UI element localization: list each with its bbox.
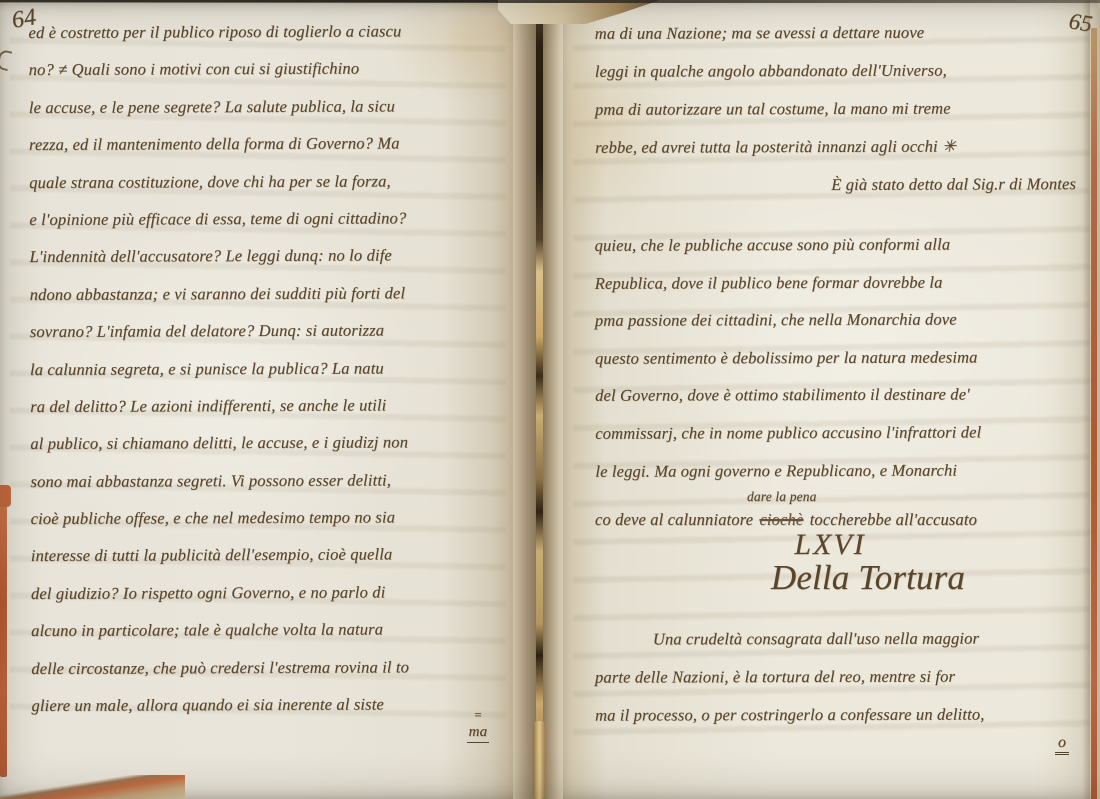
manuscript-line: Republica, dove il publico bene formar d… — [595, 263, 1073, 302]
manuscript-page-right: 65 ma di una Nazione; ma se avessi a det… — [563, 0, 1100, 799]
red-page-edge-notch — [0, 485, 11, 507]
correction-before: co deve al calunniatore — [595, 510, 753, 529]
manuscript-line: ndono abbastanza; e vi saranno dei suddi… — [30, 274, 512, 313]
manuscript-line: Una crudeltà consagrata dall'uso nella m… — [595, 619, 1073, 658]
manuscript-page-left: 64 ed è costretto per il publico riposo … — [0, 2, 516, 799]
manuscript-line: no? ≠ Quali sono i motivi con cui si giu… — [29, 49, 511, 88]
right-paragraph-3: Una crudeltà consagrata dall'uso nella m… — [595, 619, 1073, 734]
catchword-left: = ma — [446, 708, 510, 743]
manuscript-line: gliere un male, allora quando ei sia ine… — [31, 685, 513, 724]
manuscript-line: sovrano? L'infamia del delatore? Dunq: s… — [30, 311, 512, 350]
manuscript-line: le accuse, e le pene segrete? La salute … — [29, 87, 511, 126]
manuscript-line: quale strana costituzione, dove chi ha p… — [29, 162, 511, 201]
manuscript-line: del Governo, dove è ottimo stabilimento … — [595, 376, 1073, 415]
left-text-block: ed è costretto per il publico riposo di … — [28, 12, 513, 725]
manuscript-line: del giudizio? Io rispetto ogni Governo, … — [31, 573, 513, 612]
catchword-right: o — [1055, 734, 1069, 755]
manuscript-line: rebbe, ed avrei tutta la posterità innan… — [595, 127, 1073, 167]
manuscript-line: ed è costretto per il publico riposo di … — [28, 12, 510, 51]
book-top-edge — [0, 0, 1100, 3]
page-edge-shadow — [1082, 0, 1090, 799]
correction-after: toccherebbe all'accusato — [810, 510, 977, 529]
manuscript-line: pma passione dei cittadini, che nella Mo… — [595, 300, 1073, 339]
right-paragraph-1: ma di una Nazione; ma se avessi a dettar… — [595, 13, 1074, 205]
right-paragraph-2: quieu, che le publiche accuse sono più c… — [595, 225, 1074, 490]
manuscript-line: rezza, ed il mantenimento della forma di… — [29, 124, 511, 163]
manuscript-line: ma il processo, o per costringerlo a con… — [595, 695, 1073, 734]
book-gutter — [513, 0, 567, 799]
manuscript-line: pma di autorizzare un tal costume, la ma… — [595, 89, 1073, 129]
manuscript-line: commissarj, che in nome publico accusino… — [595, 413, 1073, 452]
manuscript-line: ra del delitto? Le azioni indifferenti, … — [30, 386, 512, 425]
paragraph-opening-line: È già stato detto dal Sig.r di Montes — [595, 165, 1073, 205]
catchword-text: ma — [467, 722, 490, 743]
manuscript-line: al publico, si chiamano delitti, le accu… — [30, 423, 512, 462]
binding-cord — [533, 721, 545, 799]
manuscript-line: leggi in qualche angolo abbandonato dell… — [595, 51, 1073, 91]
manuscript-line: delle circostanze, che può credersi l'es… — [31, 648, 513, 687]
binding-crack — [536, 0, 543, 799]
manuscript-line: questo sentimento è debolissimo per la n… — [595, 338, 1073, 377]
hyphen-mark: = — [446, 708, 510, 722]
manuscript-photo: 64 ed è costretto per il publico riposo … — [0, 0, 1100, 799]
manuscript-line: cioè publiche offese, e che nel medesimo… — [31, 498, 513, 537]
margin-mark — [0, 49, 12, 71]
struck-out-word: ciochè — [757, 510, 805, 529]
bottom-left-corner-edge — [0, 775, 185, 799]
manuscript-line: L'indennità dell'accusatore? Le leggi du… — [29, 236, 511, 275]
chapter-number: LXVI — [595, 528, 1065, 562]
manuscript-line: alcuno in particolare; tale è qualche vo… — [31, 610, 513, 649]
manuscript-line: quieu, che le publiche accuse sono più c… — [595, 225, 1073, 264]
manuscript-line: interesse di tutti la publicità dell'ese… — [31, 535, 513, 574]
manuscript-line: e l'opinione più efficace di essa, teme … — [29, 199, 511, 238]
chapter-title: Della Tortura — [633, 558, 1100, 598]
manuscript-line: ma di una Nazione; ma se avessi a dettar… — [595, 13, 1073, 53]
interlinear-insertion: dare la pena — [595, 487, 1073, 506]
manuscript-line: la calunnia segreta, e si punisce la pub… — [30, 348, 512, 387]
manuscript-line: le leggi. Ma ogni governo e Republicano,… — [595, 451, 1073, 490]
manuscript-line: parte delle Nazioni, è la tortura del re… — [595, 657, 1073, 696]
manuscript-line: sono mai abbastanza segreti. Vi possono … — [30, 461, 512, 500]
red-page-edge-left — [0, 485, 7, 777]
